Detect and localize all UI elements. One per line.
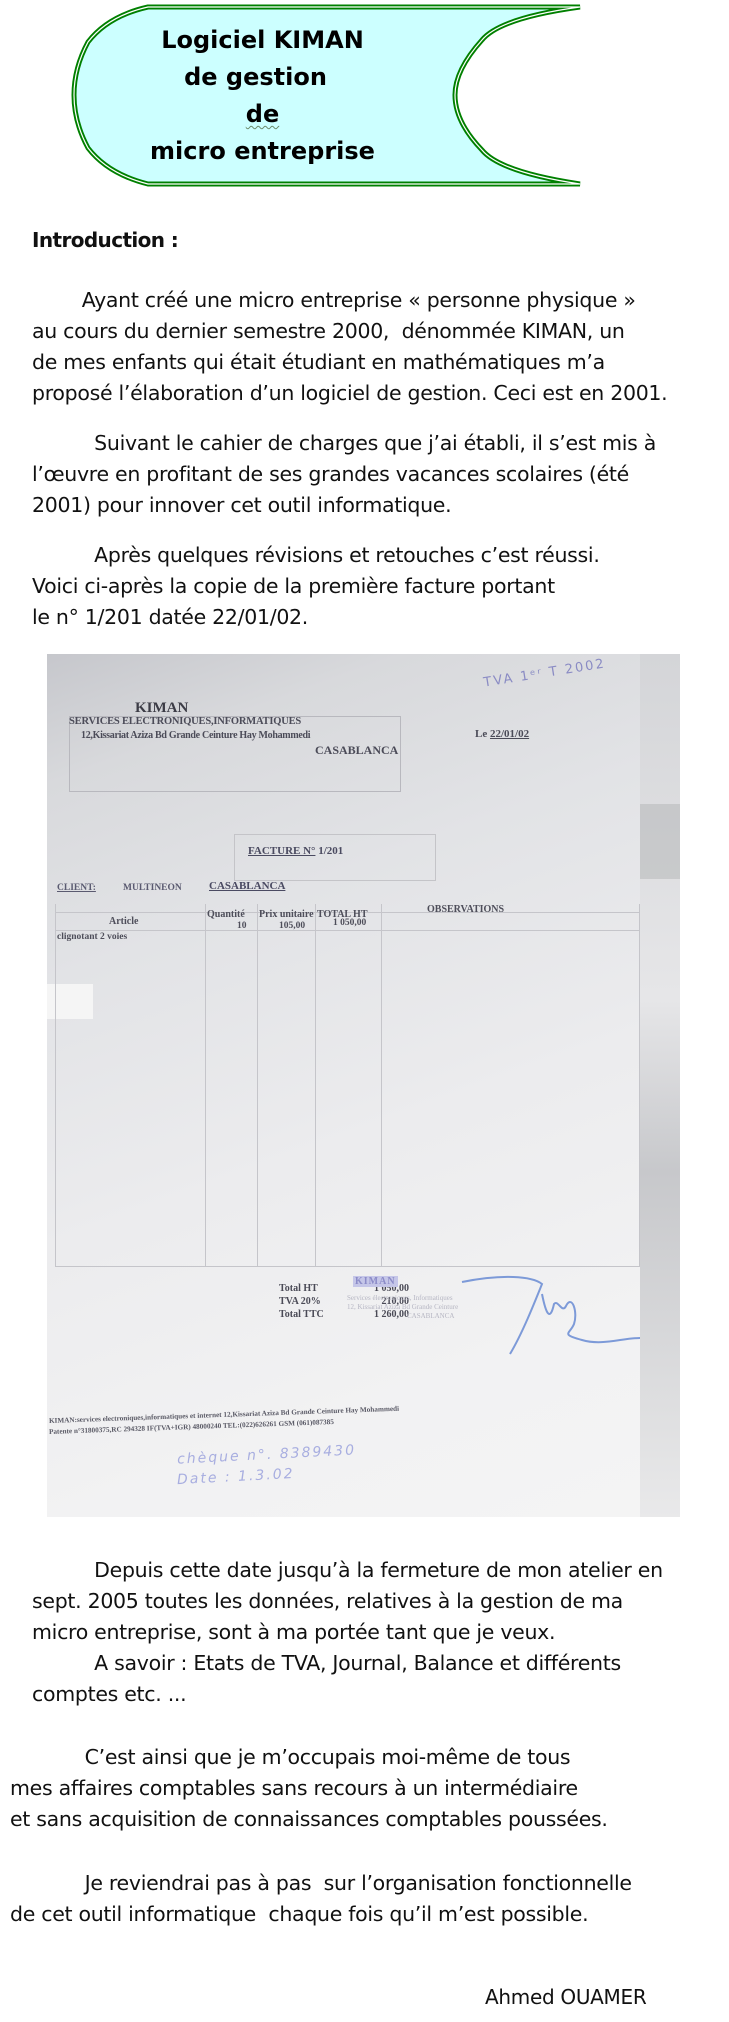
text-line: le n° 1/201 datée 22/01/02.: [32, 602, 722, 633]
text-line: C’est ainsi que je m’occupais moi-même d…: [10, 1742, 700, 1773]
text-line: de mes enfants qui était étudiant en mat…: [32, 347, 722, 378]
cell-total-ht: 1 050,00: [333, 918, 366, 928]
text-line: Suivant le cahier de charges que j’ai ét…: [32, 428, 722, 459]
banner-title-line-3: de: [70, 96, 455, 133]
cell-quantite: 10: [237, 921, 247, 931]
text-line: Depuis cette date jusqu’à la fermeture d…: [32, 1555, 722, 1586]
text-line: Je reviendrai pas à pas sur l’organisati…: [10, 1868, 700, 1899]
intro-paragraph-1: Ayant créé une micro entreprise « person…: [32, 285, 722, 409]
client-label: CLIENT:: [57, 883, 96, 893]
invoice-table: Article Quantité Prix unitaire TOTAL HT …: [47, 904, 640, 1274]
banner-title: Logiciel KIMAN de gestion de micro entre…: [70, 22, 455, 170]
column-header-article: Article: [109, 916, 138, 927]
conclusion-paragraph-1: Depuis cette date jusqu’à la fermeture d…: [32, 1555, 722, 1710]
text-line: A savoir : Etats de TVA, Journal, Balanc…: [32, 1648, 722, 1679]
invoice-date: Le 22/01/02: [475, 728, 529, 740]
text-line: au cours du dernier semestre 2000, dénom…: [32, 316, 722, 347]
table-rule: [55, 904, 56, 1266]
table-rule: [257, 904, 258, 1266]
handwritten-tva-note: TVA 1ᵉʳ T 2002: [483, 656, 607, 690]
column-header-prix-unitaire: Prix unitaire: [259, 909, 314, 920]
column-header-observations: OBSERVATIONS: [427, 904, 504, 915]
invoice-company-activity: SERVICES ELECTRONIQUES,INFORMATIQUES: [69, 716, 301, 727]
title-banner: Logiciel KIMAN de gestion de micro entre…: [70, 0, 590, 192]
stamp-text: Services électroniques, Informatiques 12…: [347, 1294, 458, 1321]
conclusion-paragraph-3: Je reviendrai pas à pas sur l’organisati…: [10, 1868, 700, 1930]
invoice-company-address: 12,Kissariat Aziza Bd Grande Ceinture Ha…: [81, 730, 310, 741]
text-line: Voici ci-après la copie de la première f…: [32, 571, 722, 602]
invoice-number-box: [234, 834, 436, 881]
invoice-number: FACTURE N° 1/201: [248, 845, 343, 857]
photo-edge-shadow: [640, 804, 680, 879]
introduction-heading: Introduction :: [32, 228, 178, 252]
text-line: de cet outil informatique chaque fois qu…: [10, 1899, 700, 1930]
invoice-company-city: CASABLANCA: [315, 743, 398, 758]
column-header-quantite: Quantité: [207, 909, 245, 920]
client-city: CASABLANCA: [209, 880, 285, 892]
stamp-company-name: KIMAN: [353, 1276, 398, 1287]
text-line: l’œuvre en profitant de ses grandes vaca…: [32, 459, 722, 490]
text-line: Ayant créé une micro entreprise « person…: [32, 285, 722, 316]
table-rule: [639, 904, 640, 1266]
text-line: 2001) pour innover cet outil informatiqu…: [32, 490, 722, 521]
photo-edge: [640, 654, 680, 1517]
invoice-photo: KIMAN SERVICES ELECTRONIQUES,INFORMATIQU…: [47, 654, 680, 1517]
text-line: comptes etc. ...: [32, 1679, 722, 1710]
banner-title-line-4: micro entreprise: [70, 133, 455, 170]
table-rule: [205, 904, 206, 1266]
text-line: et sans acquisition de connaissances com…: [10, 1804, 700, 1835]
intro-paragraph-2: Suivant le cahier de charges que j’ai ét…: [32, 428, 722, 521]
banner-title-line-2: de gestion: [56, 59, 455, 96]
text-line: Après quelques révisions et retouches c’…: [32, 540, 722, 571]
text-line: mes affaires comptables sans recours à u…: [10, 1773, 700, 1804]
intro-paragraph-3: Après quelques révisions et retouches c’…: [32, 540, 722, 633]
handwritten-payment-date: Date : 1.3.02: [177, 1466, 295, 1488]
text-line: sept. 2005 toutes les données, relatives…: [32, 1586, 722, 1617]
table-rule: [315, 904, 316, 1266]
text-line: micro entreprise, sont à ma portée tant …: [32, 1617, 722, 1648]
conclusion-paragraph-2: C’est ainsi que je m’occupais moi-même d…: [10, 1742, 700, 1835]
table-rule: [55, 930, 640, 931]
signature-icon: [442, 1254, 642, 1364]
client-name: MULTINEON: [123, 883, 182, 893]
cell-article: clignotant 2 voies: [57, 932, 127, 942]
author-signature: Ahmed OUAMER: [485, 1985, 646, 2009]
table-rule: [381, 904, 382, 1266]
banner-title-line-1: Logiciel KIMAN: [70, 22, 455, 59]
cell-prix-unitaire: 105,00: [279, 921, 305, 931]
handwritten-cheque-number: chèque n°. 8389430: [177, 1442, 357, 1467]
text-line: proposé l’élaboration d’un logiciel de g…: [32, 378, 722, 409]
invoice-company-name: KIMAN: [135, 700, 188, 717]
